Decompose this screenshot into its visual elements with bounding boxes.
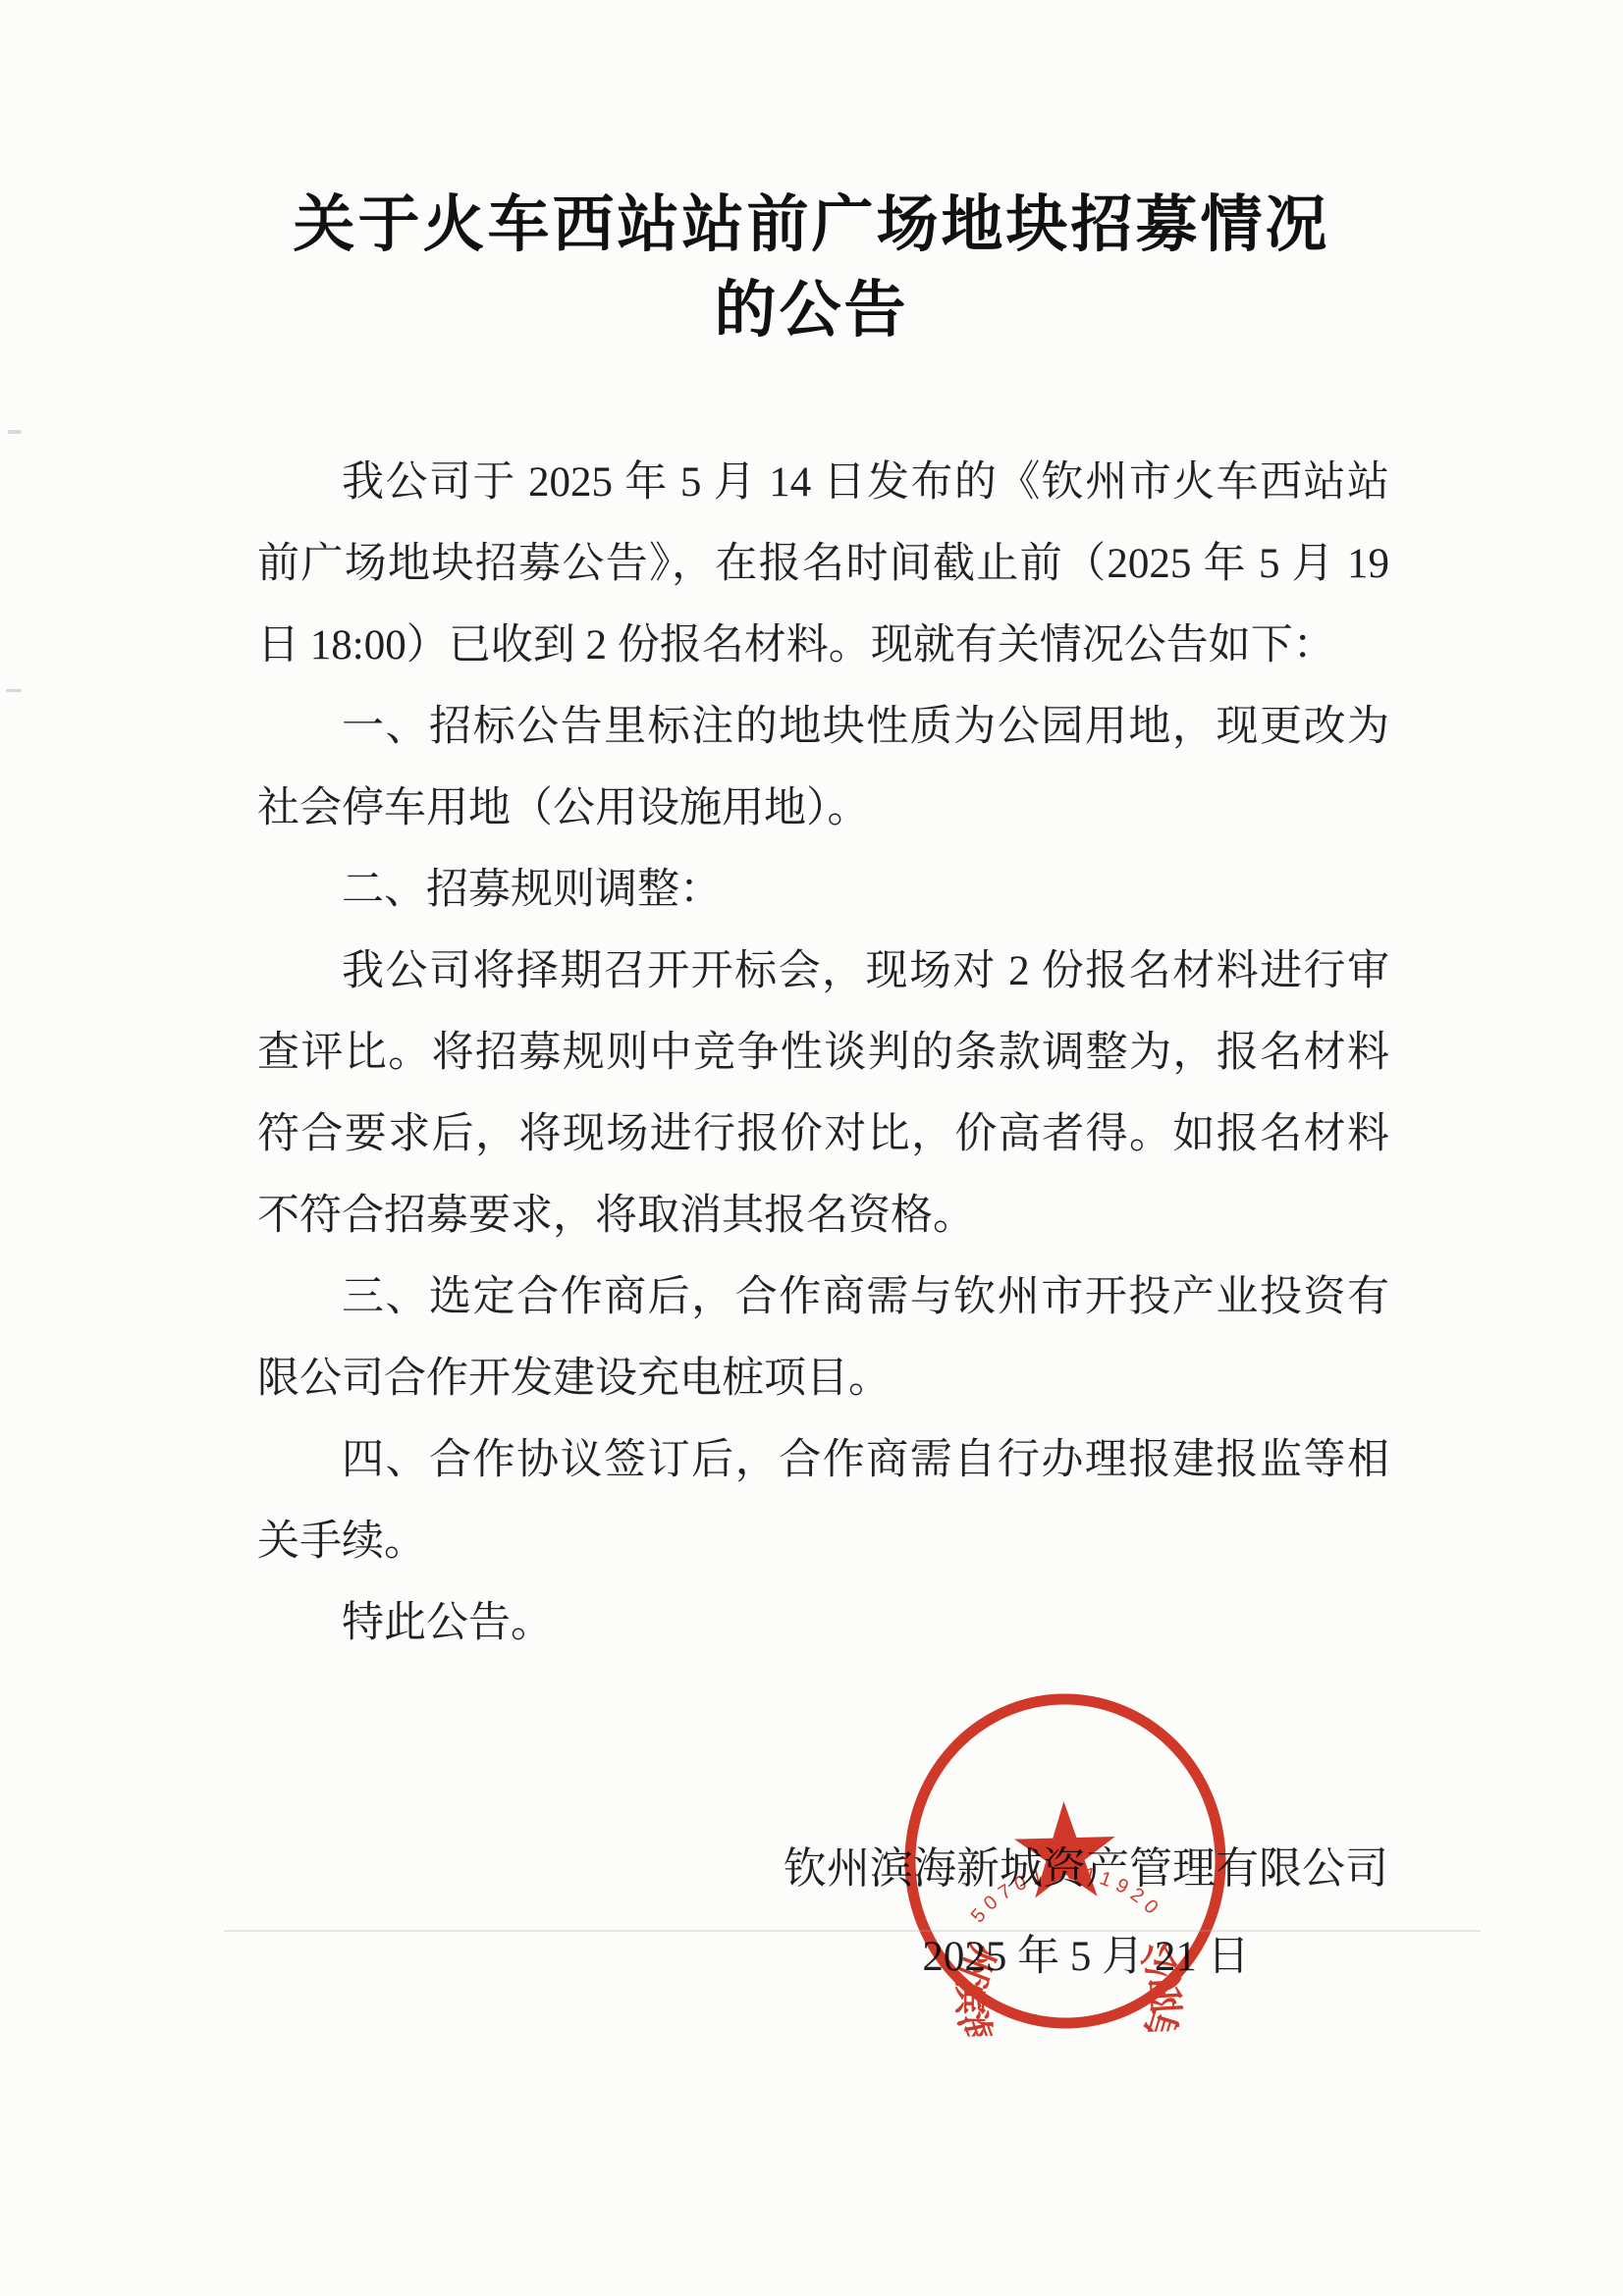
paragraph-item-2: 二、招募规则调整： [257, 849, 1389, 931]
paragraph-item-3: 三、选定合作商后，合作商需与钦州市开投产业投资有限公司合作开发建设充电桩项目。 [257, 1256, 1389, 1419]
title-line-1: 关于火车西站站前广场地块招募情况 [0, 183, 1623, 268]
paragraph-item-2-detail: 我公司将择期召开开标会，现场对 2 份报名材料进行审查评比。将招募规则中竞争性谈… [257, 931, 1389, 1256]
scan-artifact-speck [6, 689, 22, 692]
document-body: 我公司于 2025 年 5 月 14 日发布的《钦州市火车西站站前广场地块招募公… [257, 442, 1389, 1664]
announcement-page: 关于火车西站站前广场地块招募情况 的公告 我公司于 2025 年 5 月 14 … [0, 0, 1623, 2296]
scan-artifact-speck [8, 430, 22, 434]
paragraph-closing: 特此公告。 [257, 1582, 1389, 1664]
document-title: 关于火车西站站前广场地块招募情况 的公告 [0, 183, 1623, 353]
scan-artifact-line [224, 1930, 1481, 1932]
title-line-2: 的公告 [0, 268, 1623, 353]
paragraph-intro: 我公司于 2025 年 5 月 14 日发布的《钦州市火车西站站前广场地块招募公… [257, 442, 1389, 686]
official-seal-stamp: 钦州滨海新城资产管理有限公司 507010011920 [893, 1684, 1236, 2039]
paragraph-item-4: 四、合作协议签订后，合作商需自行办理报建报监等相关手续。 [257, 1419, 1389, 1582]
paragraph-item-1: 一、招标公告里标注的地块性质为公园用地，现更改为社会停车用地（公用设施用地）。 [257, 686, 1389, 849]
